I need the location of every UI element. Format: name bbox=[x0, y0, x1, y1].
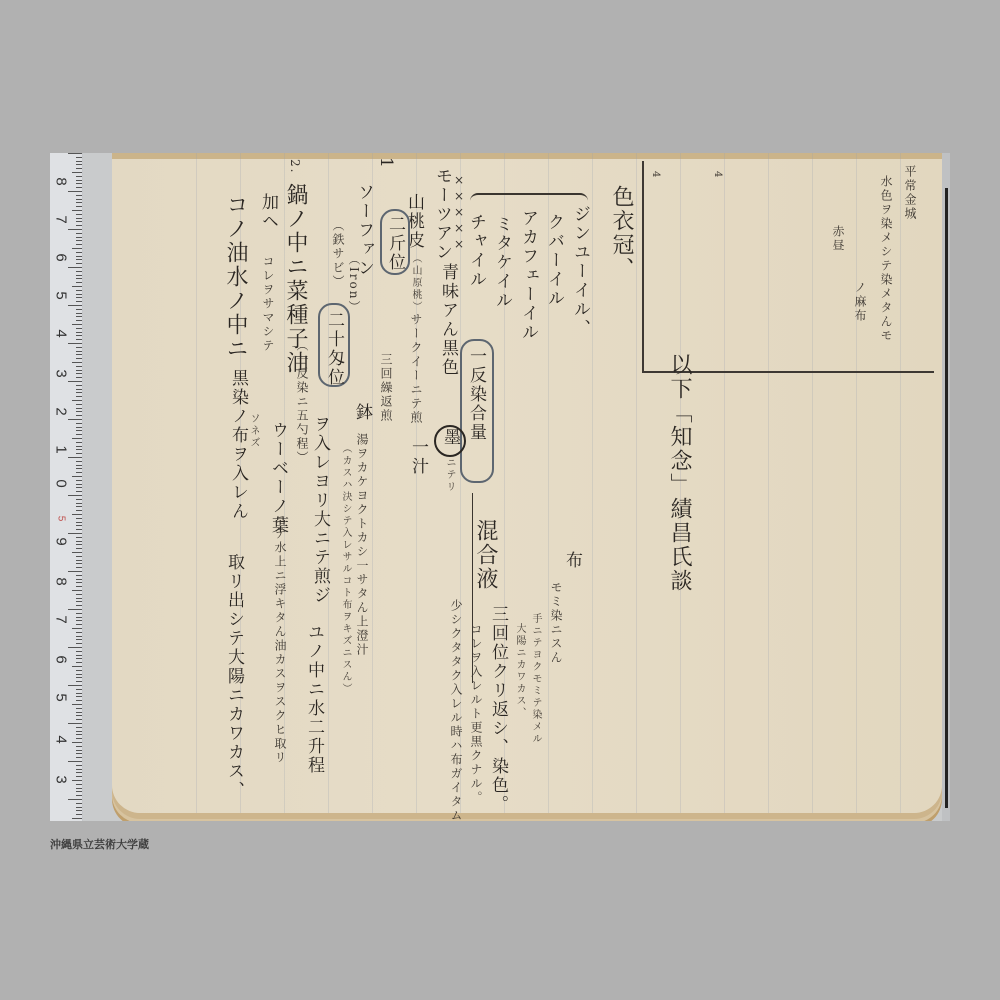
note-text: 少シクタタク入レル時ハ布ガイタム。 bbox=[448, 599, 465, 821]
note-text: 三回位クリ返シ、染色。 bbox=[486, 605, 511, 814]
note-text: 平常金城 bbox=[902, 165, 919, 221]
note-text: コレヲサマシテ bbox=[260, 255, 277, 353]
ruler-label: 6 bbox=[53, 249, 70, 267]
collection-caption: 沖縄県立芸術大学蔵 bbox=[50, 836, 149, 852]
page-digit: 4 bbox=[650, 171, 661, 179]
note-text: 大陽ニカワカス、 bbox=[512, 623, 527, 719]
ruler-label: 4 bbox=[53, 731, 70, 749]
ruler-label: 3 bbox=[53, 771, 70, 789]
note-text: （Iron） bbox=[346, 253, 363, 314]
ruler-label: 3 bbox=[53, 365, 70, 383]
note-text: （鉄サビ） bbox=[330, 219, 347, 289]
note-text: 混合液 bbox=[470, 519, 501, 591]
ruler-label: 0 bbox=[53, 475, 70, 493]
note-text: ノ麻布 bbox=[852, 281, 869, 323]
section-number: 1 bbox=[376, 157, 396, 170]
bracket-item: チャイル bbox=[464, 213, 489, 289]
measurement-ruler: 8 7 6 5 4 3 2 1 0 5 9 8 7 6 5 4 3 bbox=[50, 153, 83, 821]
ruler-label: 8 bbox=[53, 173, 70, 191]
note-text: 赤昼 bbox=[830, 225, 847, 253]
boxed-note-text: 一反染合量 bbox=[464, 347, 489, 442]
bracket-item: ジンユーイル、 bbox=[568, 205, 593, 338]
note-text: ユノ中ニ水二升程 bbox=[302, 623, 327, 775]
bracket-item: ミタケイル bbox=[490, 215, 515, 310]
bracket bbox=[470, 193, 588, 205]
bracket-item: クバーイル bbox=[542, 213, 567, 308]
ruler-label: 5 bbox=[53, 287, 70, 305]
note-text: （カスハ決シテ入レサルコト布ヲキズニスん） bbox=[338, 443, 353, 695]
note-text: 青味アん黒色 bbox=[436, 263, 461, 377]
bracket-item: アカフェーイル bbox=[516, 209, 541, 342]
note-text: ニテリ bbox=[442, 457, 457, 493]
note-text: サークイーニテ煎 bbox=[408, 313, 425, 425]
heading: 色衣冠、 bbox=[606, 185, 637, 281]
page-number: 2. bbox=[288, 159, 302, 174]
ruler-label: 7 bbox=[53, 611, 70, 629]
note-text: コレヲ入レルト更黒クナル。 bbox=[468, 623, 485, 805]
note-text: ニテ水上ニ浮キタん油カスヲスクヒ取リ bbox=[272, 513, 289, 765]
note-text: 手ニテヨクモミテ染メル bbox=[528, 613, 543, 745]
page-edge bbox=[942, 153, 950, 821]
circled-text: 墨 bbox=[438, 428, 463, 447]
note-text: 一汁 bbox=[406, 438, 431, 476]
ruler-label: 4 bbox=[53, 325, 70, 343]
notebook-page: 4 4 平常金城 水色ヲ染メシテ染メタんモ 赤昼 ノ麻布 以下「知念」績昌氏談 … bbox=[112, 153, 942, 813]
note-text: 加ヘ bbox=[256, 193, 281, 231]
note-text: 水色ヲ染メシテ染メタんモ bbox=[878, 175, 895, 343]
ruler-label: 9 bbox=[53, 533, 70, 551]
boxed-note-text: 二斤位 bbox=[383, 215, 408, 272]
ruler-label: 8 bbox=[53, 573, 70, 591]
ruler-label: 5 bbox=[53, 689, 70, 707]
side-title: 以下「知念」績昌氏談 bbox=[664, 353, 695, 593]
note-text: 取リ出シテ大陽ニカワカス、 bbox=[222, 553, 247, 800]
note-text: 布 bbox=[560, 551, 585, 570]
note-text: （山原桃） bbox=[408, 253, 423, 313]
note-text: 黒染ノ布ヲ入レん bbox=[226, 369, 251, 521]
page-top-edge bbox=[112, 153, 942, 159]
note-text: モミ染ニスん bbox=[548, 581, 565, 665]
note-text: ヲ入レヨリ大ニテ煎ジ bbox=[308, 415, 333, 605]
ruler-label: 6 bbox=[53, 651, 70, 669]
page-digit: 4 bbox=[712, 171, 723, 179]
archival-photo: 8 7 6 5 4 3 2 1 0 5 9 8 7 6 5 4 3 bbox=[50, 153, 950, 821]
note-text: コノ油水ノ中ニ bbox=[220, 193, 251, 361]
note-text: 三回繰返煎 bbox=[378, 353, 395, 423]
note-text: 湯ヲカケヨクトカシ一サタん上澄汁 bbox=[354, 433, 371, 657]
note-text: 鉢 bbox=[350, 403, 375, 422]
boxed-note-text: 二十匁位 bbox=[322, 311, 347, 387]
ruler-label: 7 bbox=[53, 211, 70, 229]
ruler-red-mark: 5 bbox=[56, 510, 67, 528]
ruler-label: 2 bbox=[53, 403, 70, 421]
ruler-label: 1 bbox=[53, 441, 70, 459]
crosses: ××××× bbox=[452, 173, 466, 253]
